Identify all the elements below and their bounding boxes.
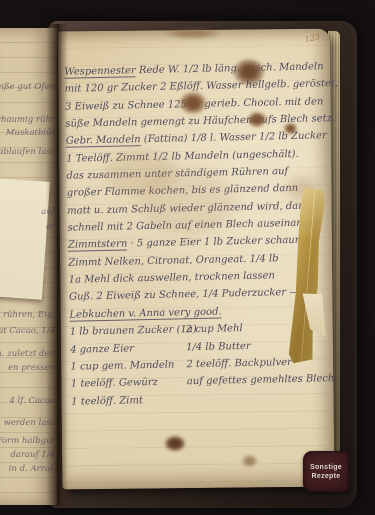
water-stain	[140, 165, 235, 235]
category-tab: Sonstige Rezepte	[303, 451, 349, 492]
category-tab-label-line1: Sonstige	[303, 463, 349, 472]
ingredient-right: 2 cup Mehl	[186, 323, 243, 335]
loose-sheet	[0, 178, 50, 299]
ingredient-left: 1 teelöff. Zimt	[71, 391, 187, 411]
category-tab-label-line2: Rezepte	[303, 472, 349, 481]
stain	[284, 123, 297, 134]
ingredient-right: auf gefettes gemehltes Blech.	[187, 373, 338, 387]
gutter-shadow	[46, 24, 68, 506]
page-number: 123	[304, 32, 321, 44]
stain	[165, 436, 185, 451]
stain	[248, 112, 266, 127]
ingredient-right: 2 teelöff. Backpulver	[186, 357, 292, 370]
ingredient-right: 1/4 lb Butter	[186, 340, 251, 352]
photo-background: eiße gut Ofenschaumig rührMuskatblütabla…	[0, 0, 375, 515]
stain	[234, 59, 264, 85]
stain	[180, 92, 206, 114]
stain	[242, 455, 257, 467]
stain	[165, 28, 220, 39]
